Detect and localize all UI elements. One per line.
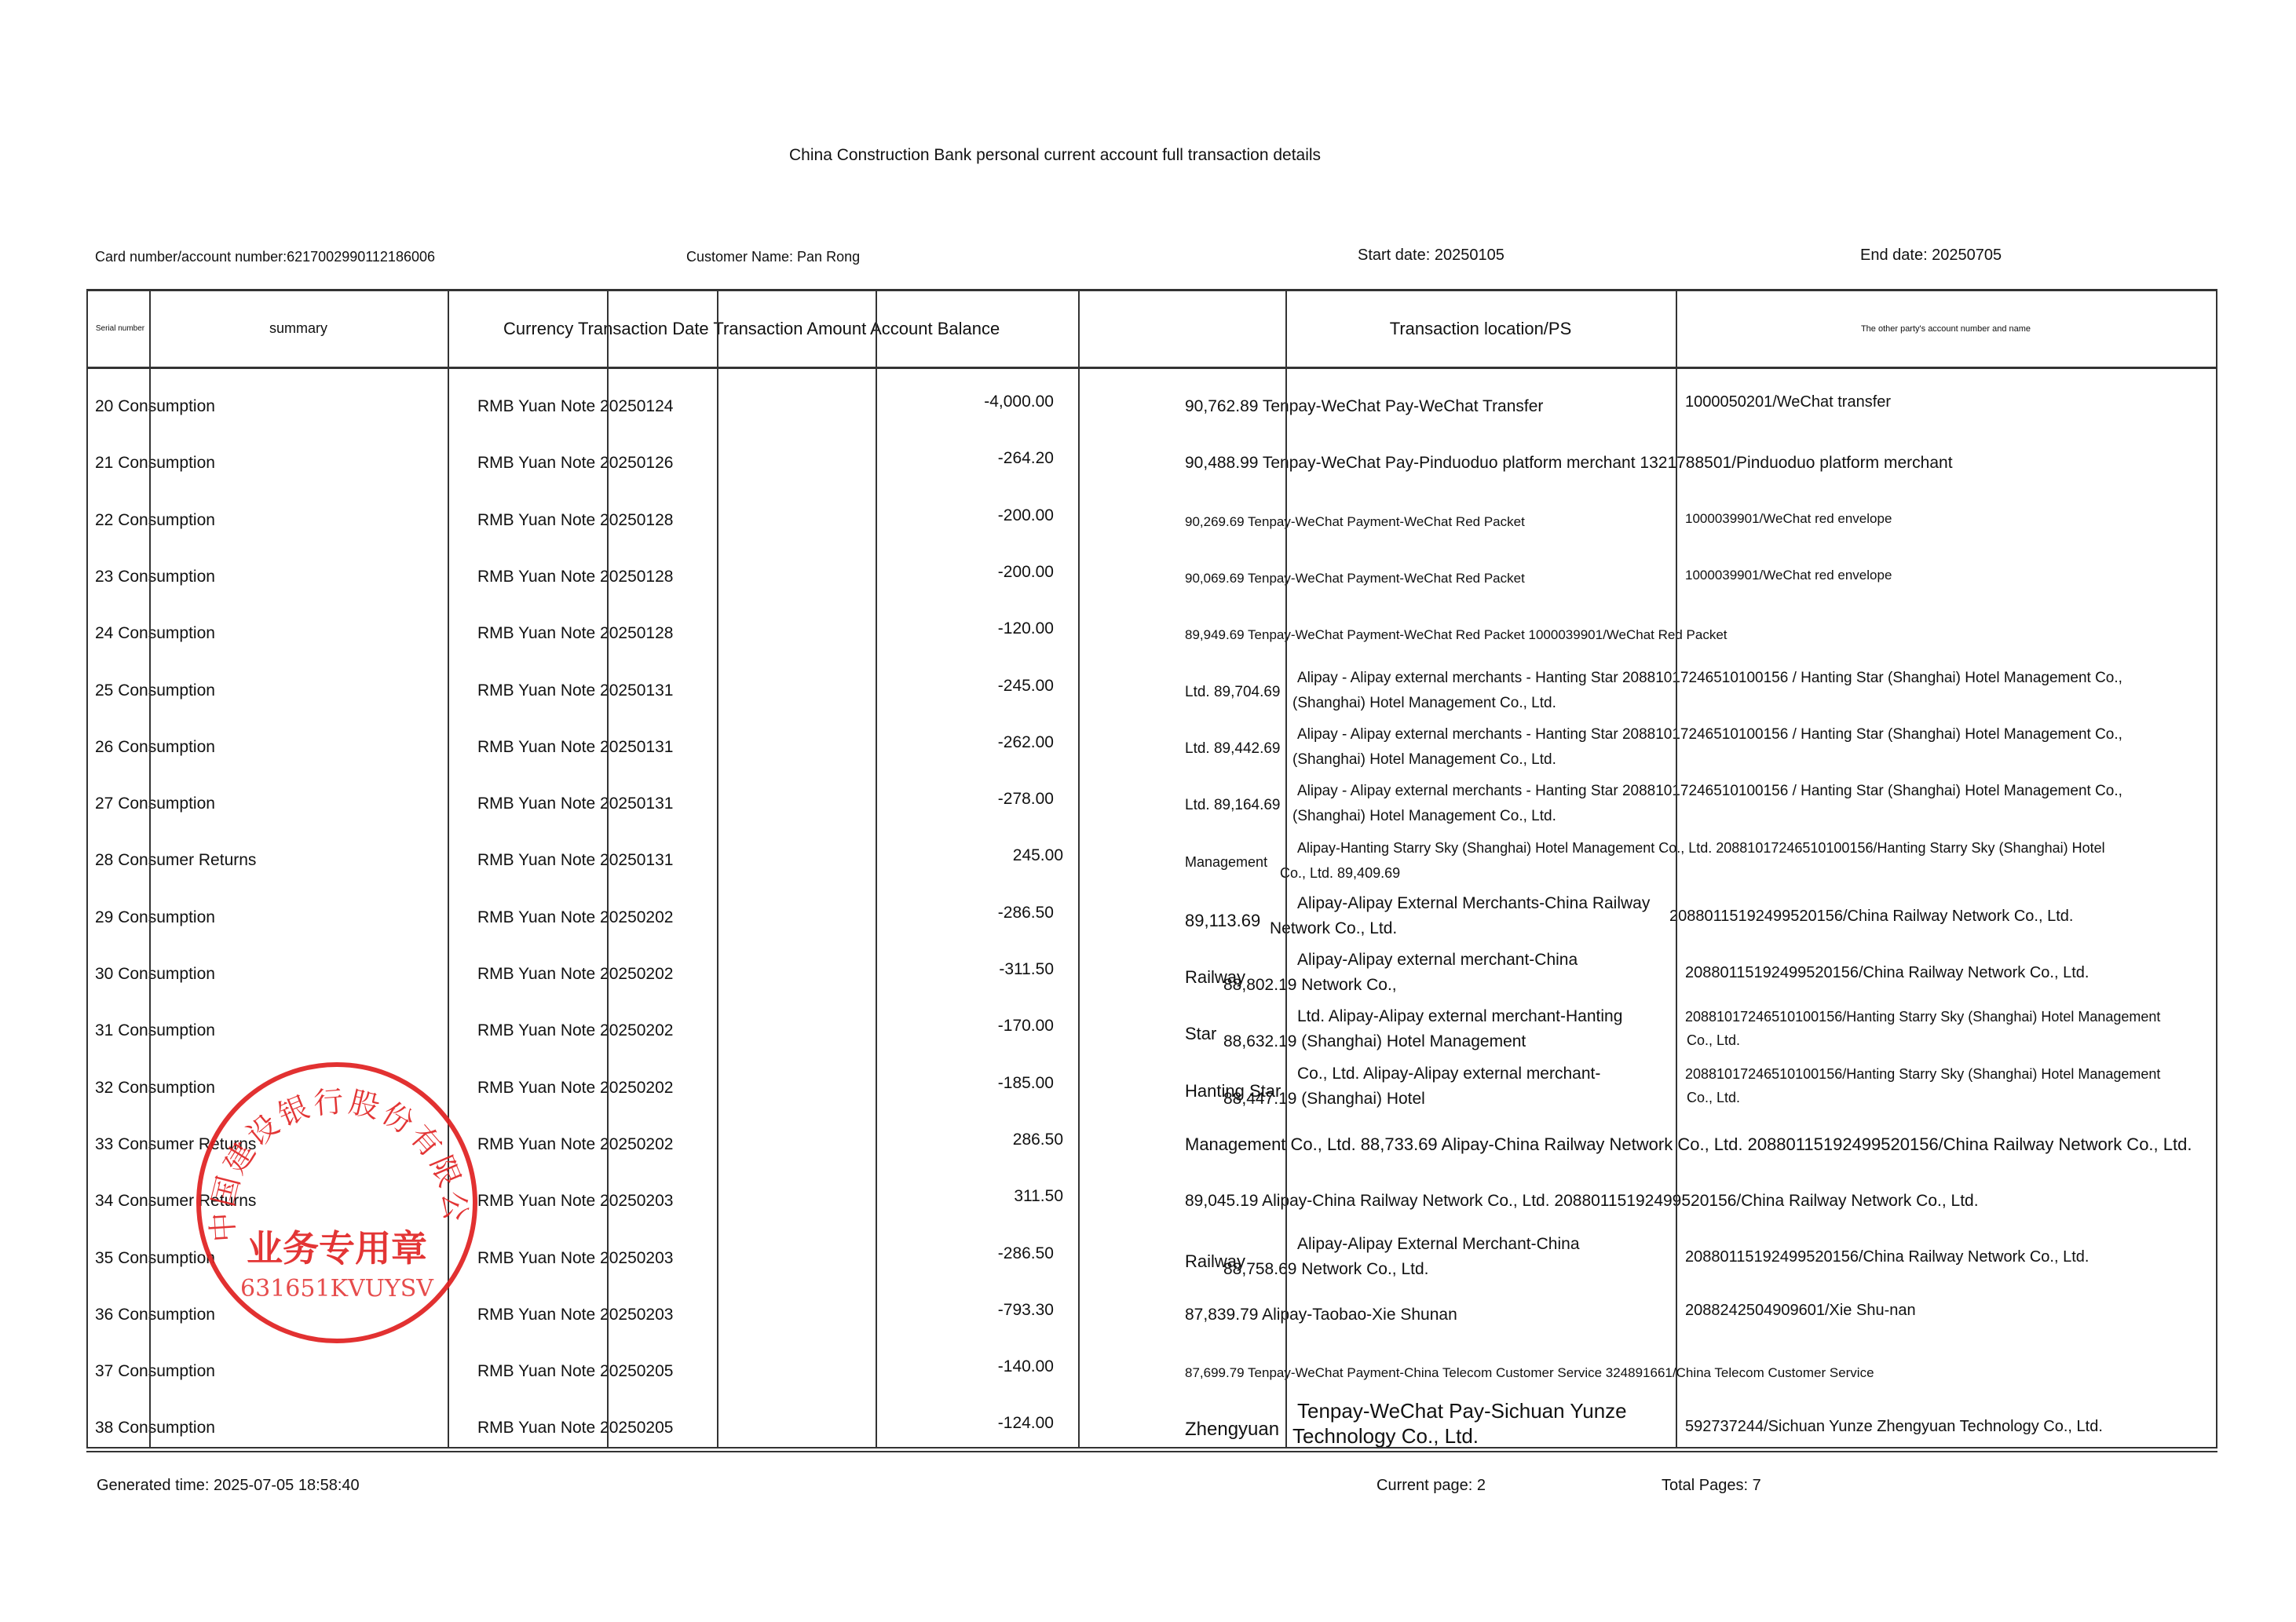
cell-serial-summary: 29 Consumption [95,905,215,930]
cell-balance-location: 87,839.79 Alipay-Taobao-Xie Shunan [1185,1302,1457,1328]
cell-currency-date: RMB Yuan Note 20250131 [477,791,673,816]
cell-serial-summary: 24 Consumption [95,621,215,646]
cell-amount: 311.50 [876,1184,1063,1209]
cell-currency-date: RMB Yuan Note 20250202 [477,1076,673,1101]
cell-currency-date: RMB Yuan Note 20250205 [477,1359,673,1384]
cell-currency-date: RMB Yuan Note 20250131 [477,735,673,760]
cell-serial-summary: 22 Consumption [95,508,215,533]
cell-serial-summary: 32 Consumption [95,1076,215,1101]
cell-location-line1: Tenpay-WeChat Pay-Sichuan Yunze [1297,1398,1627,1423]
cell-location-line2: (Shanghai) Hotel Management Co., Ltd. [1292,747,1556,773]
column-divider [1078,290,1080,1447]
cell-balance: Star [1185,1021,1216,1047]
cell-amount: -311.50 [876,957,1054,982]
column-divider [607,290,609,1447]
cell-currency-date: RMB Yuan Note 20250205 [477,1416,673,1441]
cell-location-line2: (Shanghai) Hotel Management Co., Ltd. [1292,691,1556,716]
cell-currency-date: RMB Yuan Note 20250202 [477,905,673,930]
current-page: Current page: 2 [1377,1477,1486,1495]
cell-serial-summary: 36 Consumption [95,1302,215,1328]
cell-balance: Management [1185,849,1267,875]
cell-serial-summary: 25 Consumption [95,678,215,703]
cell-counterparty-line2: Co., Ltd. [1687,1028,1740,1053]
cell-currency-date: RMB Yuan Note 20250124 [477,394,673,419]
header-location: Transaction location/PS [1285,290,1676,367]
cell-balance-location: 87,699.79 Tenpay-WeChat Payment-China Te… [1185,1361,1874,1386]
row-divider [86,289,2217,291]
cell-amount: -120.00 [876,616,1054,641]
cell-currency-date: RMB Yuan Note 20250128 [477,564,673,590]
column-divider [876,290,877,1447]
cell-currency-date: RMB Yuan Note 20250128 [477,508,673,533]
cell-balance-location: 89,949.69 Tenpay-WeChat Payment-WeChat R… [1185,623,1727,648]
row-divider [86,1447,2217,1448]
cell-serial-summary: 31 Consumption [95,1018,215,1043]
cell-location-line1: Co., Ltd. Alipay-Alipay external merchan… [1297,1061,1600,1087]
cell-amount: -124.00 [876,1411,1054,1436]
cell-serial-summary: 30 Consumption [95,962,215,987]
cell-serial-summary: 38 Consumption [95,1416,215,1441]
cell-currency-date: RMB Yuan Note 20250203 [477,1302,673,1328]
cell-currency-date: RMB Yuan Note 20250202 [477,1018,673,1043]
cell-amount: -170.00 [876,1014,1054,1039]
cell-location-line2: 88,802.19 Network Co., [1223,973,1397,998]
cell-counterparty-line2: Co., Ltd. [1687,1085,1740,1110]
cell-amount: -200.00 [876,560,1054,585]
row-divider [86,367,2217,369]
cell-location-line1: Alipay - Alipay external merchants - Han… [1297,779,2122,804]
cell-currency-date: RMB Yuan Note 20250202 [477,1132,673,1157]
cell-balance-location: 89,045.19 Alipay-China Railway Network C… [1185,1189,1979,1214]
cell-location-line2: 88,758.69 Network Co., Ltd. [1223,1257,1429,1282]
cell-location-line1: Alipay - Alipay external merchants - Han… [1297,666,2122,691]
cell-location-line2: 88,447.19 (Shanghai) Hotel [1223,1087,1425,1112]
cell-location-line1: Alipay-Alipay External Merchant-China [1297,1232,1580,1257]
cell-amount: -140.00 [876,1354,1054,1379]
cell-serial-summary: 20 Consumption [95,394,215,419]
cell-serial-summary: 21 Consumption [95,451,215,476]
cell-location-line1: Ltd. Alipay-Alipay external merchant-Han… [1297,1004,1622,1029]
cell-location-line1: Alipay - Alipay external merchants - Han… [1297,722,2122,747]
cell-balance: 89,113.69 [1185,908,1260,933]
cell-amount: -264.20 [876,446,1054,471]
cell-balance-location: 90,488.99 Tenpay-WeChat Pay-Pinduoduo pl… [1185,451,1953,476]
column-divider [1676,290,1677,1447]
cell-counterparty: 20880115192499520156/China Railway Netwo… [1685,1244,2089,1269]
column-divider [717,290,718,1447]
cell-currency-date: RMB Yuan Note 20250131 [477,848,673,873]
cell-amount: -262.00 [876,730,1054,755]
cell-amount: -286.50 [876,1241,1054,1266]
cell-amount: -245.00 [876,674,1054,699]
column-divider [448,290,449,1447]
cell-counterparty: 20880115192499520156/China Railway Netwo… [1685,960,2089,985]
cell-balance-location: 90,269.69 Tenpay-WeChat Payment-WeChat R… [1185,510,1525,535]
cell-currency-date: RMB Yuan Note 20250128 [477,621,673,646]
cell-serial-summary: 26 Consumption [95,735,215,760]
cell-counterparty: 1000039901/WeChat red envelope [1685,506,1892,532]
cell-balance: Ltd. 89,164.69 [1185,793,1281,818]
column-divider [2216,290,2217,1447]
cell-location-line2: Technology Co., Ltd. [1292,1423,1479,1448]
cell-balance: Ltd. 89,442.69 [1185,736,1281,762]
cell-amount: -286.50 [876,901,1054,926]
cell-location-line2: Network Co., Ltd. [1270,916,1397,941]
cell-amount: -793.30 [876,1298,1054,1323]
cell-serial-summary: 35 Consumption [95,1246,215,1271]
header-counterparty: The other party's account number and nam… [1676,290,2216,367]
cell-serial-summary: 33 Consumer Returns [95,1132,256,1157]
cell-serial-summary: 27 Consumption [95,791,215,816]
cell-amount: -200.00 [876,503,1054,528]
cell-counterparty: 2088242504909601/Xie Shu-nan [1685,1298,1916,1323]
cell-location-line2: 88,632.19 (Shanghai) Hotel Management [1223,1029,1526,1054]
column-divider [86,290,88,1447]
cell-location-line2: Co., Ltd. 89,409.69 [1280,860,1400,886]
cell-currency-date: RMB Yuan Note 20250131 [477,678,673,703]
cell-amount: -4,000.00 [876,389,1054,415]
cell-serial-summary: 28 Consumer Returns [95,848,256,873]
cell-amount: 286.50 [876,1127,1063,1153]
header-serial-number: Serial number [91,290,149,367]
cell-location-line2: (Shanghai) Hotel Management Co., Ltd. [1292,804,1556,829]
cell-currency-date: RMB Yuan Note 20250203 [477,1189,673,1214]
cell-currency-date: RMB Yuan Note 20250203 [477,1246,673,1271]
cell-balance: Zhengyuan [1185,1417,1279,1442]
cell-location-line1: Alipay-Alipay external merchant-China [1297,948,1578,973]
total-pages: Total Pages: 7 [1662,1477,1761,1495]
cell-balance: Ltd. 89,704.69 [1185,680,1281,705]
cell-serial-summary: 23 Consumption [95,564,215,590]
cell-amount: -185.00 [876,1071,1054,1096]
cell-balance-location: Management Co., Ltd. 88,733.69 Alipay-Ch… [1185,1132,2192,1157]
transaction-table: Serial number summary Currency Transacti… [0,0,2296,1622]
cell-counterparty: 1000050201/WeChat transfer [1685,389,1891,415]
header-summary: summary [149,290,448,367]
cell-serial-summary: 37 Consumption [95,1359,215,1384]
cell-counterparty: 592737244/Sichuan Yunze Zhengyuan Techno… [1685,1414,2103,1439]
cell-counterparty-line1: 20881017246510100156/Hanting Starry Sky … [1685,1004,2160,1029]
cell-amount: 245.00 [876,843,1063,868]
cell-location-line1: Alipay-Hanting Starry Sky (Shanghai) Hot… [1297,835,2105,860]
cell-counterparty-line1: 20881017246510100156/Hanting Starry Sky … [1685,1061,2160,1087]
cell-counterparty: 20880115192499520156/China Railway Netwo… [1669,904,2073,929]
column-divider [1285,290,1287,1447]
cell-balance-location: 90,069.69 Tenpay-WeChat Payment-WeChat R… [1185,566,1525,591]
cell-location-line1: Alipay-Alipay External Merchants-China R… [1297,891,1650,916]
cell-balance-location: 90,762.89 Tenpay-WeChat Pay-WeChat Trans… [1185,394,1543,419]
column-divider [149,290,151,1447]
header-combined: Currency Transaction Date Transaction Am… [503,290,1000,367]
cell-serial-summary: 34 Consumer Returns [95,1189,256,1214]
cell-counterparty: 1000039901/WeChat red envelope [1685,563,1892,588]
cell-currency-date: RMB Yuan Note 20250202 [477,962,673,987]
generated-time: Generated time: 2025-07-05 18:58:40 [97,1477,360,1495]
row-divider [86,1451,2217,1452]
cell-currency-date: RMB Yuan Note 20250126 [477,451,673,476]
cell-amount: -278.00 [876,787,1054,812]
